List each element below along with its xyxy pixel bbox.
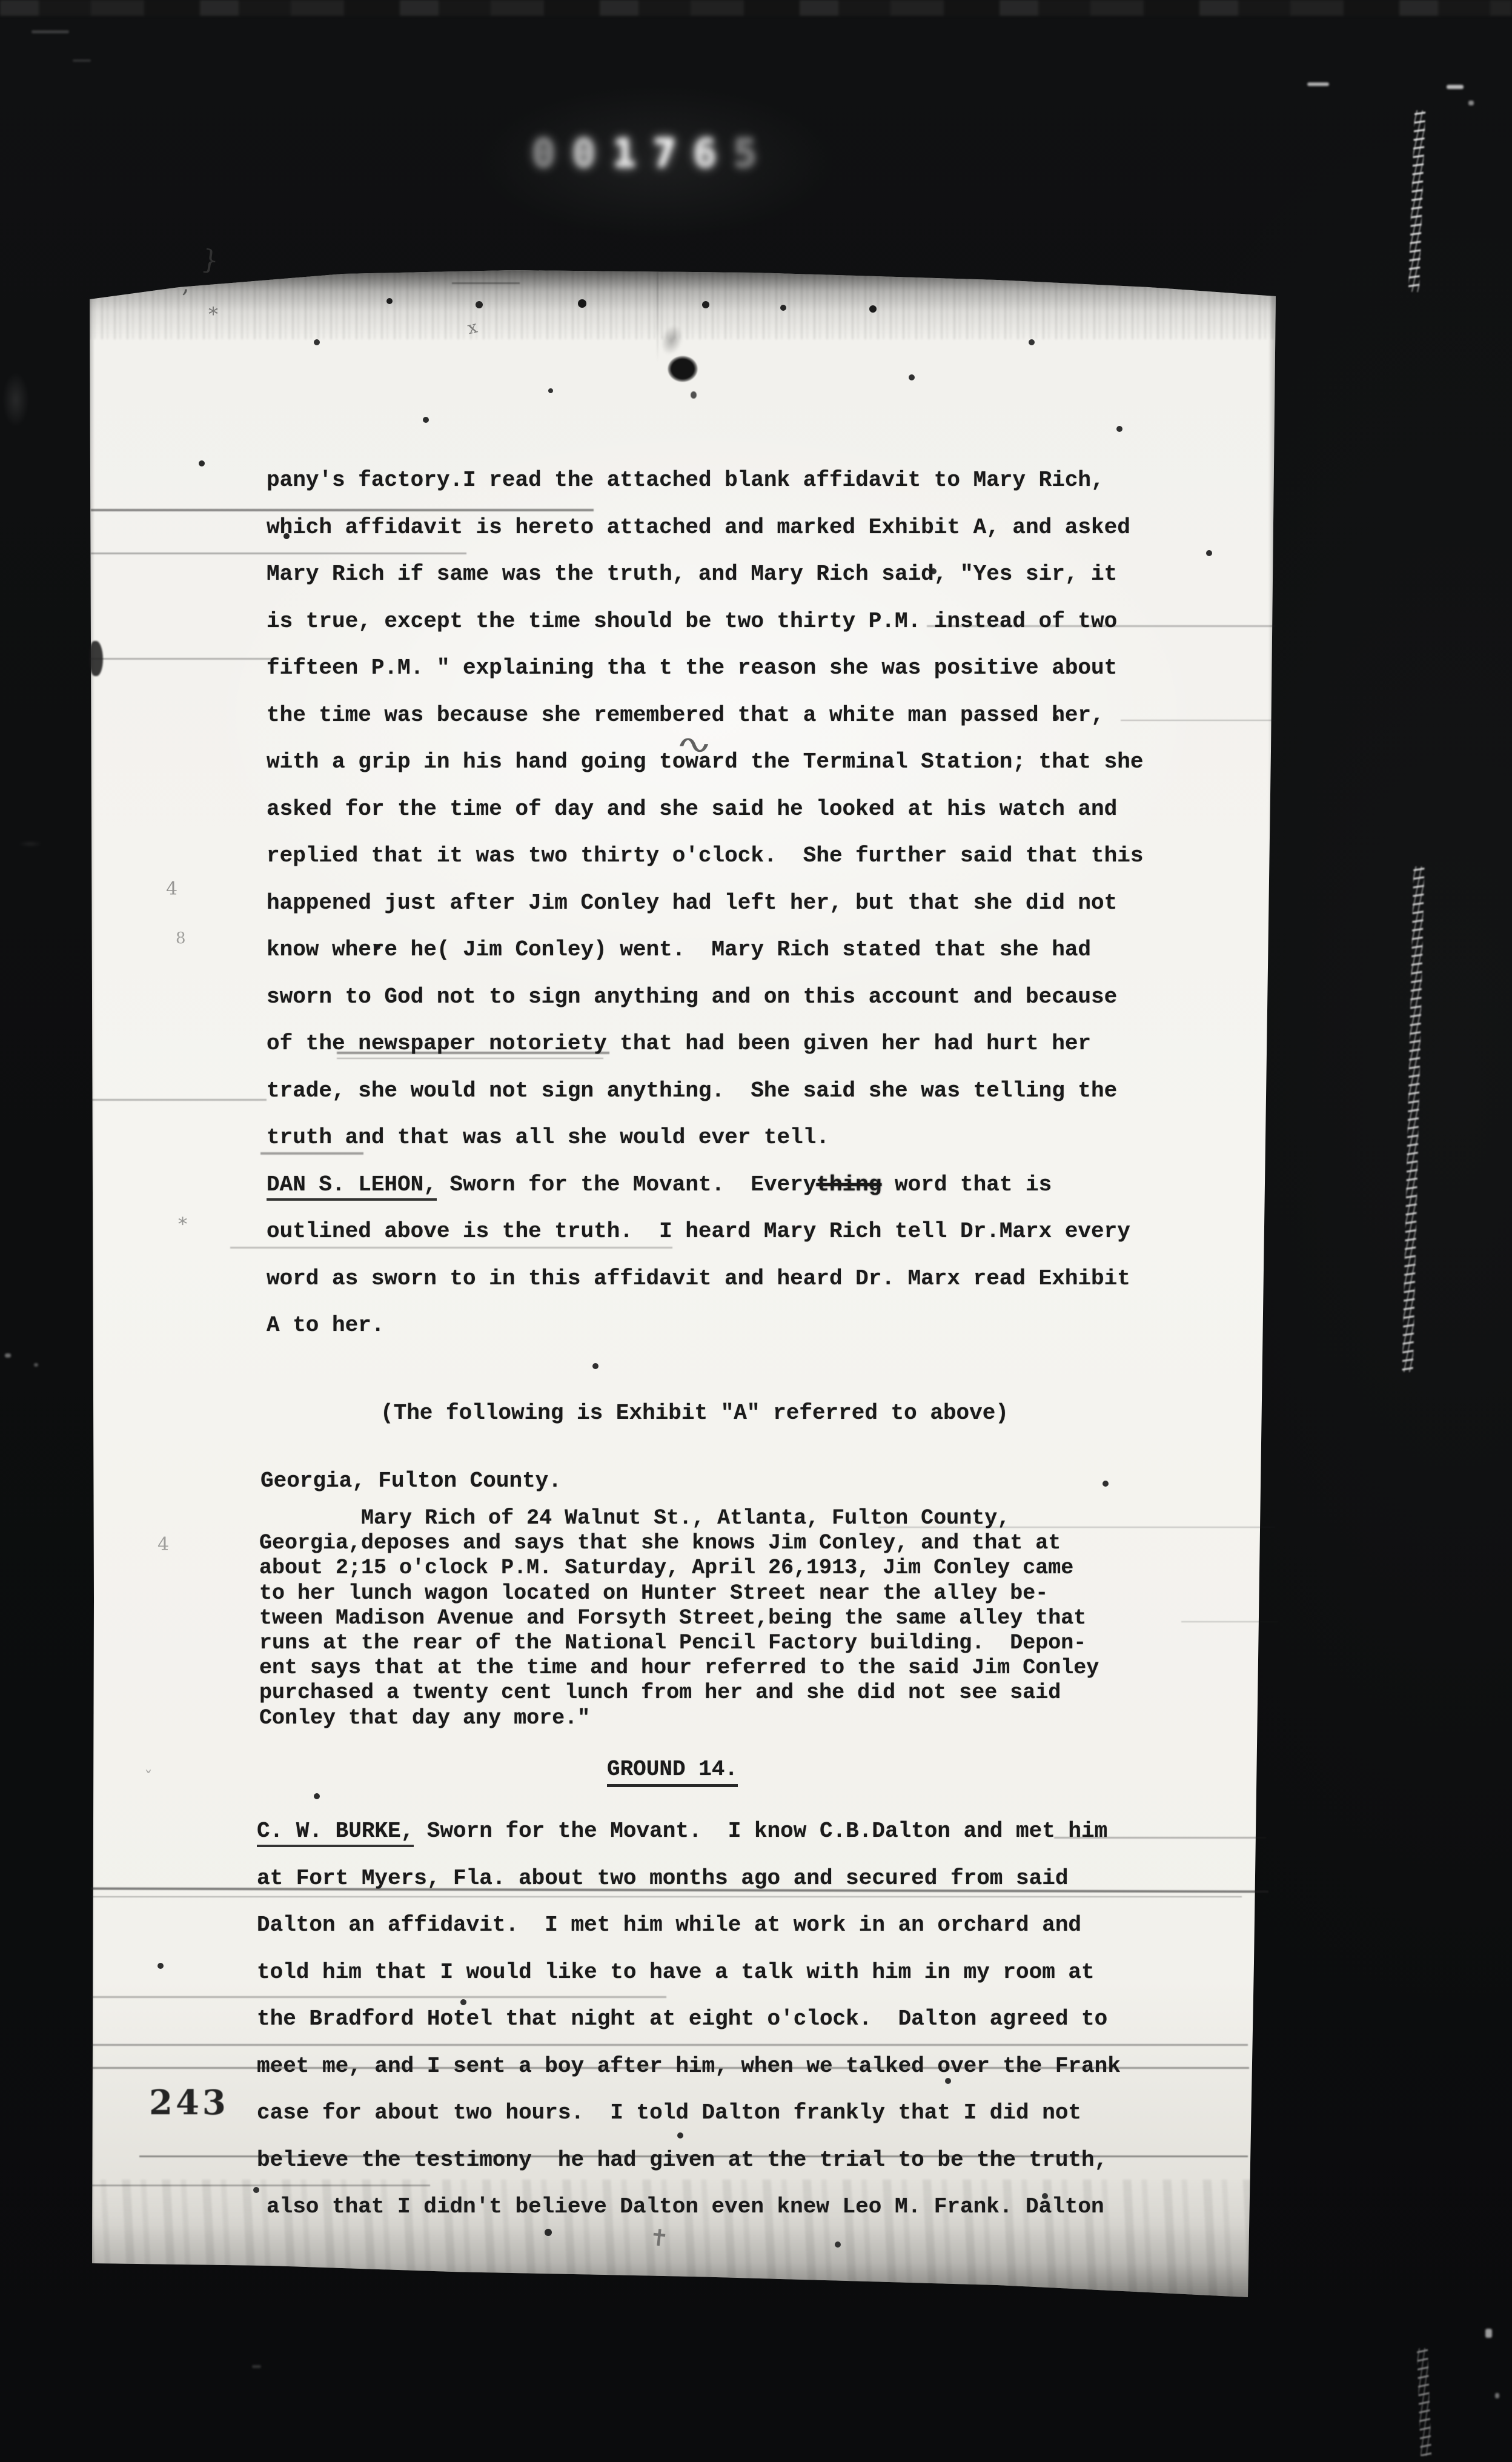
text-block-affidavit: Mary Rich of 24 Walnut St., Atlanta, Ful… — [259, 1506, 1099, 1731]
text-segment: Sworn for the Movant. I know C.B.Dalton … — [414, 1819, 1107, 1843]
text-segment: C. W. BURKE, — [257, 1819, 414, 1847]
text-segment: Georgia, Fulton County. — [260, 1468, 562, 1493]
text-segment: Georgia,deposes and says that she knows … — [259, 1531, 1061, 1555]
text-line: asked for the time of day and she said h… — [267, 797, 1143, 844]
text-line: outlined above is the truth. I heard Mar… — [267, 1219, 1143, 1266]
text-segment: fifteen P.M. " explaining tha t the reas… — [267, 655, 1117, 680]
text-line: purchased a twenty cent lunch from her a… — [259, 1681, 1099, 1705]
text-segment: tween Madison Avenue and Forsyth Street,… — [259, 1606, 1086, 1630]
text-line: Mary Rich if same was the truth, and Mar… — [267, 562, 1143, 609]
text-block-exhibit-note: (The following is Exhibit "A" referred t… — [380, 1401, 1009, 1448]
text-line: Mary Rich of 24 Walnut St., Atlanta, Ful… — [259, 1506, 1099, 1531]
text-line: with a grip in his hand going toward the… — [267, 749, 1143, 797]
text-segment: which affidavit is hereto attached and m… — [267, 515, 1130, 540]
text-segment: Dalton an affidavit. I met him while at … — [257, 1913, 1081, 1937]
text-line: Georgia,deposes and says that she knows … — [259, 1531, 1099, 1556]
text-line: GROUND 14. — [267, 1757, 1078, 1804]
text-segment: Sworn for the Movant. Every — [437, 1172, 817, 1197]
text-segment: trade, she would not sign anything. She … — [267, 1078, 1117, 1103]
text-line: pany's factory.I read the attached blank… — [267, 468, 1143, 515]
text-segment: sworn to God not to sign anything and on… — [267, 984, 1117, 1009]
text-segment: GROUND 14. — [607, 1757, 738, 1787]
text-segment: Conley that day any more." — [259, 1706, 590, 1730]
text-line: runs at the rear of the National Pencil … — [259, 1631, 1099, 1656]
text-line: at Fort Myers, Fla. about two months ago… — [257, 1866, 1121, 1913]
text-line: also that I didn't believe Dalton even k… — [257, 2194, 1121, 2241]
text-line: of the newspaper notoriety that had been… — [267, 1031, 1143, 1078]
text-segment: DAN S. LEHON, — [267, 1172, 437, 1201]
text-segment: with a grip in his hand going toward the… — [267, 749, 1143, 774]
heading-ground-14: GROUND 14. — [267, 1757, 1078, 1804]
text-line: Dalton an affidavit. I met him while at … — [257, 1913, 1121, 1960]
text-segment: Mary Rich if same was the truth, and Mar… — [267, 562, 1117, 586]
text-line: the time was because she remembered that… — [267, 703, 1143, 750]
text-line: meet me, and I sent a boy after him, whe… — [257, 2054, 1121, 2101]
text-segment: meet me, and I sent a boy after him, whe… — [257, 2054, 1121, 2079]
text-line: truth and that was all she would ever te… — [267, 1125, 1143, 1172]
text-line: Conley that day any more." — [259, 1706, 1099, 1731]
text-line: C. W. BURKE, Sworn for the Movant. I kno… — [257, 1819, 1121, 1866]
text-segment: case for about two hours. I told Dalton … — [257, 2100, 1081, 2125]
text-segment: A to her. — [267, 1313, 384, 1338]
text-segment: outlined above is the truth. I heard Mar… — [267, 1219, 1130, 1244]
text-segment: ent says that at the time and hour refer… — [259, 1656, 1099, 1680]
text-line: is true, except the time should be two t… — [267, 609, 1143, 656]
text-line: word as sworn to in this affidavit and h… — [267, 1266, 1143, 1313]
text-line: the Bradford Hotel that night at eight o… — [257, 2006, 1121, 2054]
text-segment: runs at the rear of the National Pencil … — [259, 1631, 1086, 1655]
text-segment: word as sworn to in this affidavit and h… — [267, 1266, 1130, 1291]
text-segment: the time was because she remembered that… — [267, 703, 1104, 728]
text-segment: about 2;15 o'clock P.M. Saturday, April … — [259, 1556, 1073, 1580]
text-segment: to her lunch wagon located on Hunter Str… — [259, 1581, 1048, 1605]
page-number: 243 — [149, 2083, 229, 2123]
text-segment: know where he( Jim Conley) went. Mary Ri… — [267, 937, 1091, 962]
text-segment: truth and that was all she would ever te… — [267, 1125, 829, 1150]
text-segment: of the newspaper notoriety that had been… — [267, 1031, 1091, 1056]
text-segment: happened just after Jim Conley had left … — [267, 891, 1117, 915]
text-segment: pany's factory.I read the attached blank… — [267, 468, 1104, 493]
text-line: case for about two hours. I told Dalton … — [257, 2100, 1121, 2148]
text-line: fifteen P.M. " explaining tha t the reas… — [267, 655, 1143, 703]
text-segment: Mary Rich of 24 Walnut St., Atlanta, Ful… — [259, 1506, 1010, 1530]
text-segment: asked for the time of day and she said h… — [267, 797, 1117, 821]
text-segment: thing — [816, 1172, 881, 1197]
text-line: A to her. — [267, 1313, 1143, 1360]
text-line: to her lunch wagon located on Hunter Str… — [259, 1581, 1099, 1606]
text-line: sworn to God not to sign anything and on… — [267, 984, 1143, 1032]
text-line: about 2;15 o'clock P.M. Saturday, April … — [259, 1556, 1099, 1581]
text-segment: told him that I would like to have a tal… — [257, 1960, 1095, 1985]
text-line: tween Madison Avenue and Forsyth Street,… — [259, 1606, 1099, 1631]
text-block-burke: C. W. BURKE, Sworn for the Movant. I kno… — [257, 1819, 1121, 2241]
text-segment: also that I didn't believe Dalton even k… — [267, 2194, 1104, 2219]
text-line: told him that I would like to have a tal… — [257, 1960, 1121, 2007]
text-segment: (The following is Exhibit "A" referred t… — [380, 1401, 1009, 1425]
text-line: know where he( Jim Conley) went. Mary Ri… — [267, 937, 1143, 984]
text-line: DAN S. LEHON, Sworn for the Movant. Ever… — [267, 1172, 1143, 1219]
text-line: (The following is Exhibit "A" referred t… — [380, 1401, 1009, 1448]
microfilm-frame: 001765 } , * x ∿ 4 8 — [0, 0, 1512, 2462]
text-block-main: pany's factory.I read the attached blank… — [267, 468, 1143, 1360]
text-segment: replied that it was two thirty o'clock. … — [267, 843, 1143, 868]
text-line: happened just after Jim Conley had left … — [267, 891, 1143, 938]
text-line: trade, she would not sign anything. She … — [267, 1078, 1143, 1126]
text-line: believe the testimony he had given at th… — [257, 2148, 1121, 2195]
text-segment: is true, except the time should be two t… — [267, 609, 1117, 634]
text-segment: the Bradford Hotel that night at eight o… — [257, 2006, 1107, 2031]
text-line: replied that it was two thirty o'clock. … — [267, 843, 1143, 891]
text-segment: purchased a twenty cent lunch from her a… — [259, 1681, 1061, 1705]
text-segment: believe the testimony he had given at th… — [257, 2148, 1107, 2172]
text-segment: word that is — [881, 1172, 1052, 1197]
text-line: ent says that at the time and hour refer… — [259, 1656, 1099, 1681]
text-line: which affidavit is hereto attached and m… — [267, 515, 1143, 562]
text-segment: at Fort Myers, Fla. about two months ago… — [257, 1866, 1068, 1891]
